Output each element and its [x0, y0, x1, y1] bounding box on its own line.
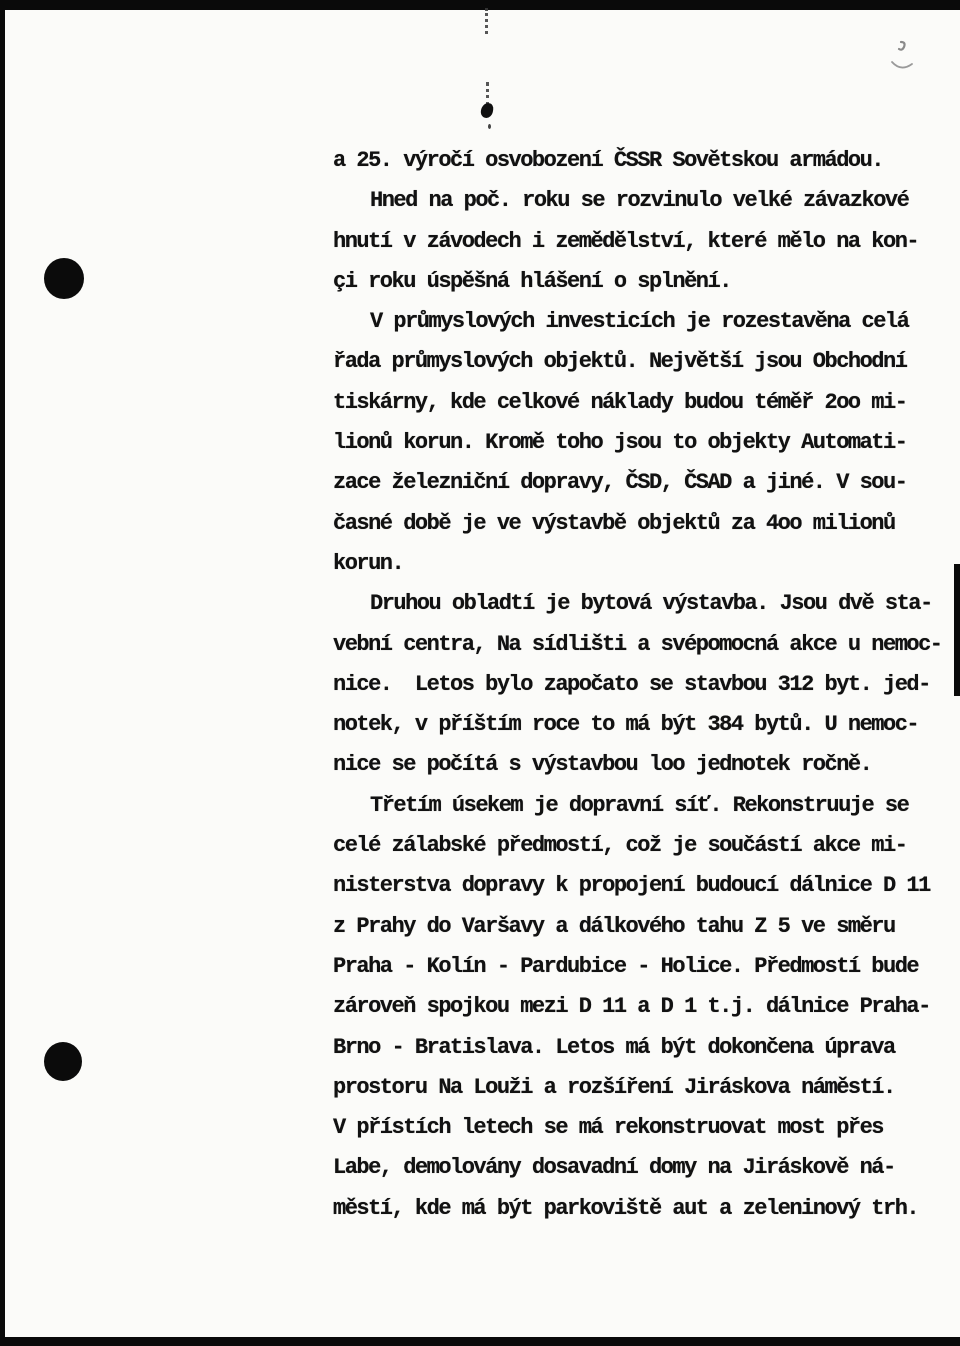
scan-edge-top — [0, 0, 960, 10]
typewritten-line: Hned na poč. roku se rozvinulo velké záv… — [333, 181, 933, 221]
typewritten-line: zace železniční dopravy, ČSD, ČSAD a jin… — [333, 463, 933, 503]
scanned-document-page: a 25. výročí osvobození ČSSR Sovětskou a… — [0, 0, 960, 1346]
pen-squiggle-mark — [888, 34, 918, 78]
typewritten-line: hnutí v závodech i zemědělství, které mě… — [333, 222, 933, 262]
typewritten-line: městí, kde má být parkoviště aut a zelen… — [333, 1189, 933, 1229]
typewritten-line: nice se počítá s výstavbou loo jednotek … — [333, 745, 933, 785]
typewritten-line: V průmyslových investicích je rozestavěn… — [333, 302, 933, 342]
typewritten-line: lionů korun. Kromě toho jsou to objekty … — [333, 423, 933, 463]
typewritten-line: nice. Letos bylo započato se stavbou 312… — [333, 665, 933, 705]
typewritten-line: Brno - Bratislava. Letos má být dokončen… — [333, 1028, 933, 1068]
typewritten-line: a 25. výročí osvobození ČSSR Sovětskou a… — [333, 141, 933, 181]
ink-dot-mark — [488, 124, 491, 129]
typewritten-line: çi roku úspěšná hlášení o splnění. — [333, 262, 933, 302]
typewritten-line: nisterstva dopravy k propojení budoucí d… — [333, 866, 933, 906]
typewritten-line: z Prahy do Varšavy a dálkového tahu Z 5 … — [333, 907, 933, 947]
typewritten-line: notek, v příštím roce to má být 384 bytů… — [333, 705, 933, 745]
punch-hole-mark-top — [44, 258, 84, 299]
typewritten-line: Praha - Kolín - Pardubice - Holice. Před… — [333, 947, 933, 987]
typewritten-line: Labe, demolovány dosavadní domy na Jirás… — [333, 1148, 933, 1188]
staple-mark-upper — [485, 8, 488, 34]
typewritten-line: Druhou obladtí je bytová výstavba. Jsou … — [333, 584, 933, 624]
typewritten-line: tiskárny, kde celkové náklady budou témě… — [333, 383, 933, 423]
scan-edge-bottom — [0, 1337, 960, 1346]
typewritten-line: časné době je ve výstavbě objektů za 4oo… — [333, 504, 933, 544]
scan-edge-right-bar — [954, 564, 960, 696]
typewritten-line: řada průmyslových objektů. Největší jsou… — [333, 342, 933, 382]
typewritten-line: prostoru Na Louži a rozšíření Jiráskova … — [333, 1068, 933, 1108]
typewritten-line: V přístích letech se má rekonstruovat mo… — [333, 1108, 933, 1148]
typewritten-line: Třetím úsekem je dopravní síť. Rekonstru… — [333, 786, 933, 826]
ink-blob-mark — [480, 102, 494, 119]
typewritten-line: vební centra, Na sídlišti a svépomocná a… — [333, 625, 933, 665]
typewritten-line: zároveň spojkou mezi D 11 a D 1 t.j. dál… — [333, 987, 933, 1027]
typewritten-line: korun. — [333, 544, 933, 584]
typewritten-text-block: a 25. výročí osvobození ČSSR Sovětskou a… — [333, 141, 933, 1229]
scan-edge-left — [0, 0, 5, 1346]
typewritten-line: celé zálabské předmostí, což je součástí… — [333, 826, 933, 866]
punch-hole-mark-bottom — [44, 1042, 82, 1081]
